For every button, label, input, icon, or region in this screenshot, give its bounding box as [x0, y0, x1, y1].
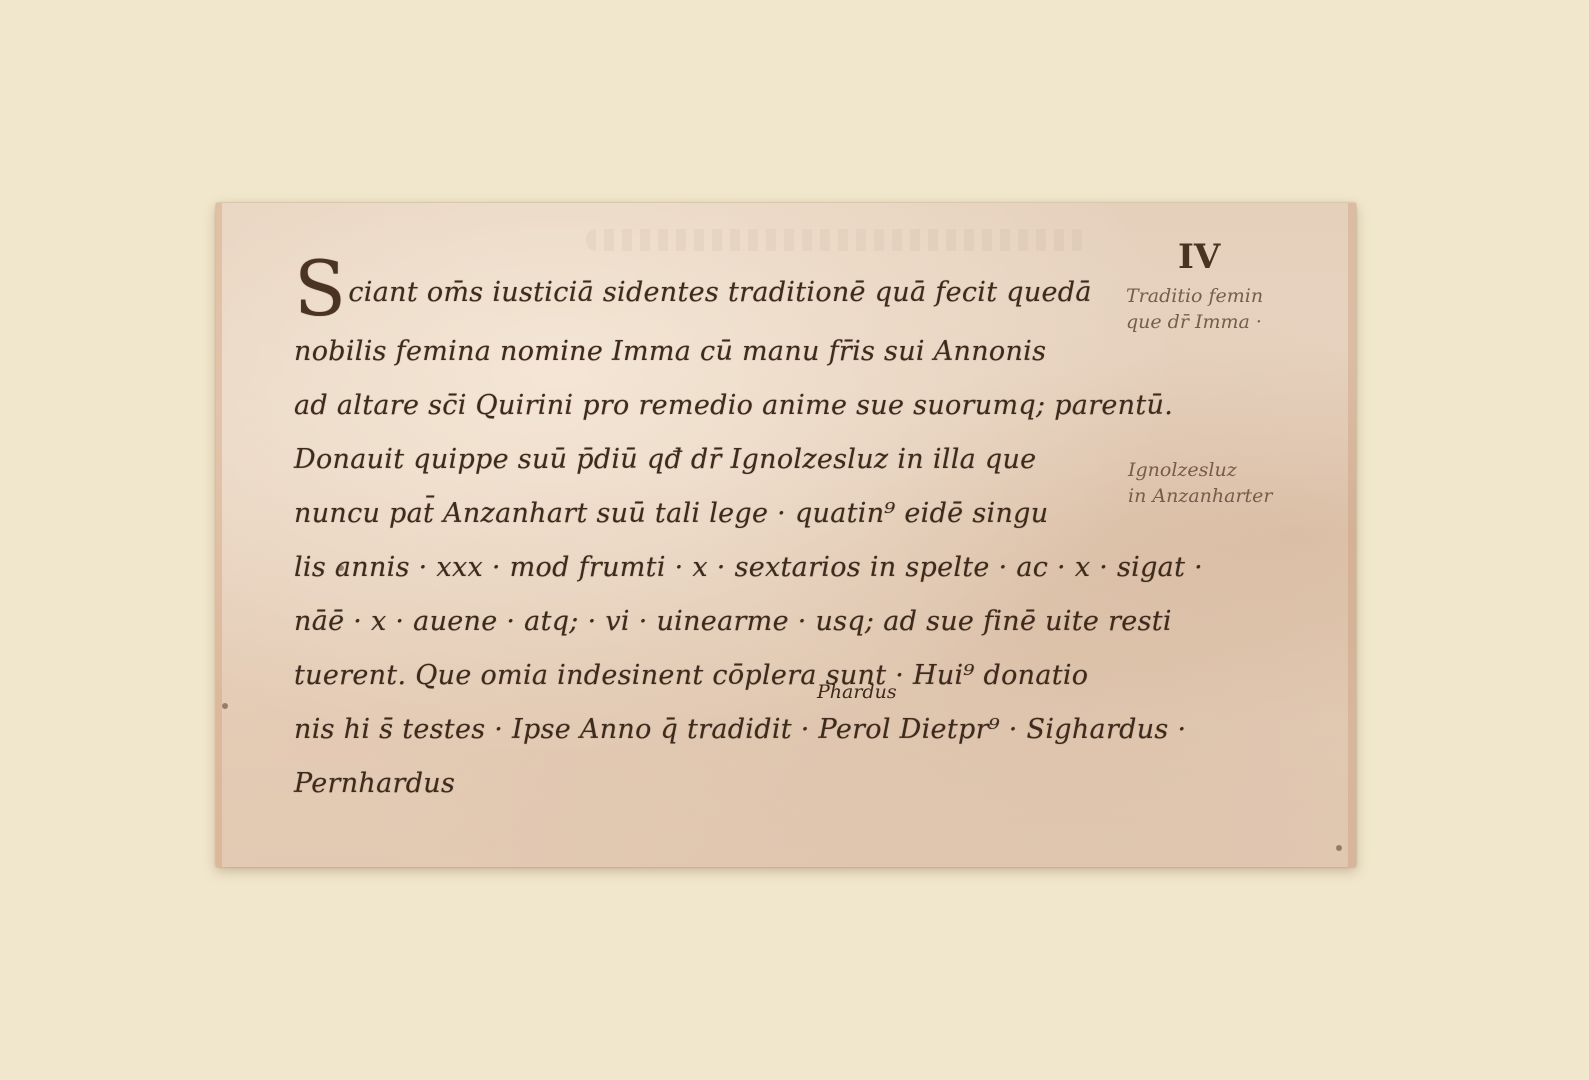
- interlinear-addition: Phardus: [817, 681, 897, 703]
- text-line-6: lis annis · xxx · mod frumti · x · sexta…: [294, 541, 1124, 595]
- marginal-note-line: que dr̄ Imma ·: [1126, 309, 1263, 335]
- faded-header-text: [586, 229, 1086, 251]
- text-line-4: Donauit quippe suū p̄diū qđ dr̄ Ignolzes…: [294, 433, 1124, 487]
- manuscript-parchment: IV Sciant om̄s iusticiā sidentes traditi…: [216, 203, 1356, 867]
- text-line-7: nāē · x · auene · atq; · vi · uinearme ·…: [294, 595, 1124, 649]
- page-background: IV Sciant om̄s iusticiā sidentes traditi…: [0, 0, 1589, 1080]
- edge-mark: [1336, 845, 1342, 851]
- marginal-note-line: Ignolzesluz: [1128, 457, 1273, 483]
- margin-numeral: IV: [1178, 237, 1220, 277]
- text-line-2: nobilis femina nomine Imma cū manu fr̄is…: [294, 325, 1124, 379]
- text-line-1: Sciant om̄s iusticiā sidentes traditionē…: [294, 259, 1124, 325]
- marginal-note-line: Traditio femin: [1126, 283, 1263, 309]
- text-line-3: ad altare sc̄i Quirini pro remedio anime…: [294, 379, 1124, 433]
- text-line-10: Pernhardus: [294, 757, 1124, 811]
- edge-mark: [222, 703, 228, 709]
- marginal-note-line: in Anzanharter: [1128, 483, 1273, 509]
- text-line-5: nuncu pat̄ Anzanhart suū tali lege · qua…: [294, 487, 1124, 541]
- edge-mark: [338, 565, 344, 571]
- charter-text-block: Sciant om̄s iusticiā sidentes traditionē…: [294, 259, 1124, 811]
- text-line-content: ciant om̄s iusticiā sidentes traditionē …: [348, 277, 1091, 308]
- marginal-note-middle: Ignolzesluz in Anzanharter: [1128, 457, 1273, 509]
- text-line-9: nis hi s̄ testes · Ipse Anno q̄ tradidit…: [294, 703, 1124, 757]
- decorated-initial: S: [294, 244, 346, 333]
- text-line-8: tuerent. Que omia indesinent cōplera sun…: [294, 649, 1124, 703]
- marginal-note-top: Traditio femin que dr̄ Imma ·: [1126, 283, 1263, 335]
